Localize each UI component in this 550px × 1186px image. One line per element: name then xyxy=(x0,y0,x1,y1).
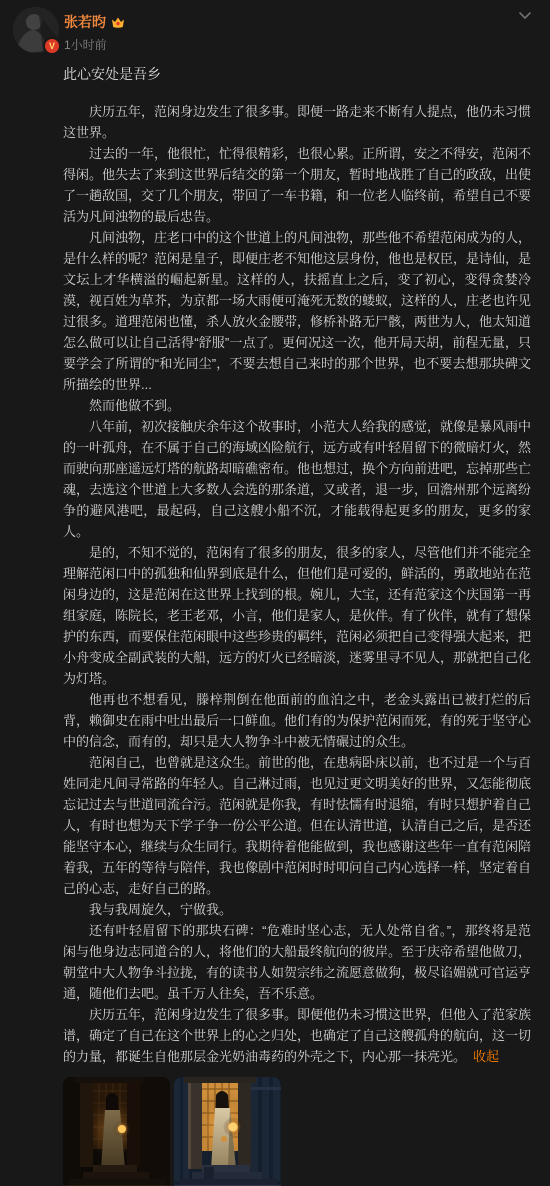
collapse-link[interactable]: 收起 xyxy=(473,1049,499,1064)
post-image-2[interactable] xyxy=(174,1077,281,1186)
post-content: 此心安处是吾乡 庆历五年，范闲身边发生了很多事。即便一路走来不断有人提点，他仍未… xyxy=(0,58,550,1067)
avatar[interactable]: V xyxy=(13,7,59,53)
post-image-grid xyxy=(0,1067,550,1186)
verified-v-icon: V xyxy=(43,37,61,55)
post-paragraph: 还有叶轻眉留下的那块石碑：“危难时坚心志，无人处常自省。”，那终将是范闲与他身边… xyxy=(63,920,531,1004)
night-lantern-scene-blue xyxy=(174,1077,281,1186)
crown-icon xyxy=(111,16,125,29)
post-paragraph-last: 庆历五年，范闲身边发生了很多事。即便他仍未习惯这世界，但他入了范家族谱，确定了自… xyxy=(63,1004,531,1067)
post-paragraph: 八年前，初次接触庆余年这个故事时，小范大人给我的感觉，就像是暴风雨中的一叶孤舟，… xyxy=(63,416,531,542)
post-paragraph: 庆历五年，范闲身边发生了很多事。即便一路走来不断有人提点，他仍未习惯这世界。 xyxy=(63,101,531,143)
post-paragraph: 是的，不知不觉的，范闲有了很多的朋友，很多的家人，尽管他们并不能完全理解范闲口中… xyxy=(63,542,531,689)
weibo-post-card: V 张若昀 1小时前 此心安处是吾乡 庆历五年，范闲身边发生了很多事。即便一路走… xyxy=(0,0,550,1186)
post-paragraph: 然而他做不到。 xyxy=(63,395,531,416)
chevron-down-icon[interactable] xyxy=(516,6,534,24)
post-paragraph: 我与我周旋久，宁做我。 xyxy=(63,899,531,920)
timestamp: 1小时前 xyxy=(64,36,107,53)
post-header: V 张若昀 1小时前 xyxy=(0,0,550,58)
post-paragraph: 凡间浊物，庄老口中的这个世道上的凡间浊物，那些他不希望范闲成为的人，是什么样的呢… xyxy=(63,227,531,395)
username[interactable]: 张若昀 xyxy=(64,12,106,32)
post-paragraph-text: 庆历五年，范闲身边发生了很多事。即便他仍未习惯这世界，但他入了范家族谱，确定了自… xyxy=(63,1007,531,1064)
post-image-1[interactable] xyxy=(63,1077,170,1186)
post-paragraph: 范闲自己，也曾就是这众生。前世的他，在患病卧床以前，也不过是一个与百姓同走凡间寻… xyxy=(63,752,531,899)
night-lantern-scene-dark xyxy=(63,1077,170,1186)
post-paragraph: 他再也不想看见，滕梓荆倒在他面前的血泊之中，老金头露出已被打烂的后背，赖御史在雨… xyxy=(63,689,531,752)
post-intro: 此心安处是吾乡 xyxy=(63,64,531,84)
post-paragraph: 过去的一年，他很忙，忙得很精彩，也很心累。正所谓，安之不得安，范闲不得闲。他失去… xyxy=(63,143,531,227)
